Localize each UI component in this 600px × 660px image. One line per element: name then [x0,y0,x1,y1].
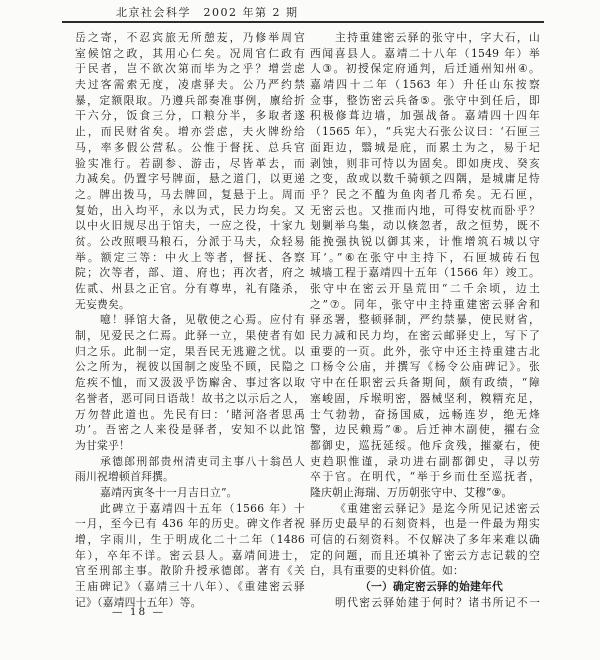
text-line: 城墙工程于嘉靖四十五年（1566 年）竣工。 [310,265,540,281]
text-line: 刬剿举乌集，动以倏忽者，敌之恒势，既不 [310,218,540,234]
text-line: 口杨令公庙，并撰写《杨令公庙碑记》。张 [310,359,540,375]
text-line: 举。额定三等：中火上等者，督抚、各察 [75,250,305,266]
text-line: 复始，出入均平，永以为式，民力均矣。又 [75,203,305,219]
text-line: 归之乐。此制一定，果吾民无逃避之忧。以 [75,344,305,360]
left-text-column: 岳之寄，不忍宾旅无所憩苃，乃修举周官室候馆之政，其用心仁矣。况周官仁政有于民者，… [75,30,305,610]
header-rule [62,21,544,23]
text-line: 佥事，整饬密云兵备⑤。张守中到任后，即 [310,93,540,109]
text-line: 暴，定额限取。乃遵兵部奏准事例，廪给折 [75,93,305,109]
text-line: 岳之寄，不忍宾旅无所憩苃，乃修举周官 [75,30,305,46]
text-line: 守中在任职密云兵备期间，颇有政绩，“障 [310,375,540,391]
text-line: 张守中在密云开垦荒田“二千余顷，边土 [310,281,540,297]
text-line: 人③。初授保定府通判，后迁通州知州④。 [310,61,540,77]
text-line: 士气勃勃，奋扬国威，远畅连岁，绝无烽 [310,407,540,423]
text-line: 明代密云驿始建于何时？诸书所记不一 [310,595,540,611]
text-line: 贫。公改照喂马粮石，分派于马夫，众轻易 [75,234,305,250]
text-line: 之”⑦。同年，张守中主持重建密云驿舍和 [310,297,540,313]
text-line: 此碑立于嘉靖四十五年（1566 年）十 [75,501,305,517]
page-number: — 18 — [112,606,165,618]
text-line: 嘉靖丙寅冬十一月吉日立”。 [75,485,305,501]
text-line: 马，率多假公营私。公惟于督抚、总兵官 [75,140,305,156]
text-line: 警，边民赖焉”⑧。后迁神木副使，擢右佥 [310,422,540,438]
text-line: 嘉靖四十二年（1563 年）升任山东按察 [310,77,540,93]
text-line: 驿丞署，整顿驿制，严约禁暴，使民财省， [310,312,540,328]
text-line: 面距边，翳城是庇，而累土为之，易于圮 [310,140,540,156]
text-line: 剥蚀，则非可恃以为固矣。即如庚戌、癸亥 [310,156,540,172]
text-line: 驿历史最早的石刻资料，也是一件最为翔实 [310,516,540,532]
text-line: 吏趋职惟谨，录功进右副都御史，寻以劳 [310,454,540,470]
text-line: 定的问题，而且还填补了密云方志记载的空 [310,548,540,564]
text-line: 无妄费矣。 [75,297,305,313]
text-line: 干六分，饭食三分，口粮分半，多取者遂 [75,108,305,124]
text-line: 年），卒年不详。密云县人。嘉靖间进士， [75,548,305,564]
text-line: 白，具有重要的史料价值。如： [310,563,540,579]
text-line: 雨川祝增顿首拜撰。 [75,469,305,485]
text-line: 验实准行。若副参、游击，尽皆革去，而 [75,156,305,172]
text-line: 室候馆之政，其用心仁矣。况周官仁政有 [75,46,305,62]
text-line: 耳’。”⑥在张守中主持下，石匣城砖石包 [310,250,540,266]
text-line: 止，而民财省矣。增亦尝虑，夫火牌纷给 [75,124,305,140]
text-line: 于民者，岂不欲次第而毕为之乎？增尝虑 [75,61,305,77]
text-line: 民力减和民力均，在密云邮驿史上，写下了 [310,328,540,344]
text-line: 承德郎刑部贵州清吏司主事八十翁邑人 [75,454,305,470]
text-line: 可信的石刻资料。不仅解决了多年来难以确 [310,532,540,548]
text-line: 一月，至今已有 436 年的历史。碑文作者祝 [75,516,305,532]
text-line: 能挽强执锐以御其来，计惟增筑石城以守 [310,234,540,250]
text-line: 重要的一页。此外，张守中还主持重建古北 [310,344,540,360]
text-line: 王庙碑记》（嘉靖三十八年）、《重建密云驿 [75,579,305,595]
text-line: 力减矣。仍置字号牌面，悬之道门，以更递 [75,171,305,187]
text-line: 无密云也。又推而内地，可得安枕而卧乎？ [310,203,540,219]
text-line: 西闻喜县人。嘉靖二十八年（1549 年）举 [310,46,540,62]
text-line: 院；次等者，部、道、府也；再次者，府之 [75,265,305,281]
text-line: 功’。吾密之人来役是驿者，安知不以此馆 [75,422,305,438]
text-line: 卒于官。在明代，“举于乡而仕至巡抚者， [310,469,540,485]
text-line: 《重建密云驿记》是迄今所见记述密云 [310,501,540,517]
text-line: 增，字雨川，生于明成化二十二年（1486 [75,532,305,548]
text-line: 名誉者，恶可同日语哉！故书之以示后之人， [75,391,305,407]
text-line: 公之所为，视彼以国制之废坠不顾，民隐之 [75,359,305,375]
text-line: 夫过客需索无度，凌虐驿夫。公乃严约禁 [75,77,305,93]
text-line: （1565 年），“兵宪大石张公议曰：‘石匣三 [310,124,540,140]
text-line: 隆庆朝止海瑞、万历朝张守中、艾穆”⑨。 [310,485,540,501]
text-line: 主持重建密云驿的张守中，字大石，山 [310,30,540,46]
text-line: 万勿替此道也。先民有曰：‘睹河洛者思禹 [75,407,305,423]
right-text-column: 主持重建密云驿的张守中，字大石，山西闻喜县人。嘉靖二十八年（1549 年）举人③… [310,30,540,610]
journal-page: 北京社会科学 2002 年第 2 期 岳之寄，不忍宾旅无所憩苃，乃修举周官室候馆… [0,0,600,660]
text-line: 乎？民之不醢为鱼肉者几希矣。无石匣， [310,187,540,203]
text-line: 危疾不恤，而又汲汲乎饬廨舍、事过客以取 [75,375,305,391]
journal-header: 北京社会科学 2002 年第 2 期 [116,4,298,20]
text-line: 之变，敌或以数千骑顿之四隅，是城庸足恃 [310,171,540,187]
text-line: 之。牌出拨马，马去牌回，复悬于上。周而 [75,187,305,203]
text-line: 佐贰、州县之正官。分有尊卑，礼有隆杀， [75,281,305,297]
text-line: 官至刑部主事。散阶升授承德郎。著有《关 [75,563,305,579]
text-line: （一）确定密云驿的始建年代 [310,579,540,595]
text-line: 为甘棠乎！ [75,438,305,454]
text-line: 塞峻固，斥堠明密，器械坚利，糗糈充足， [310,391,540,407]
text-line: 积极修葺边墙，加强战备。嘉靖四十四年 [310,108,540,124]
text-line: 记》（嘉靖四十五年）等。 [75,595,305,611]
text-line: 以中火旧规尽出于馆夫，一应之役，十家九 [75,218,305,234]
text-line: 噫！驿馆大备，见敬使之心焉。应付有 [75,312,305,328]
text-line: 都御史，巡抚延绥。他斥贪残，摧豪右，使 [310,438,540,454]
text-line: 制，见爱民之仁焉。此驿一立，果使者有如 [75,328,305,344]
